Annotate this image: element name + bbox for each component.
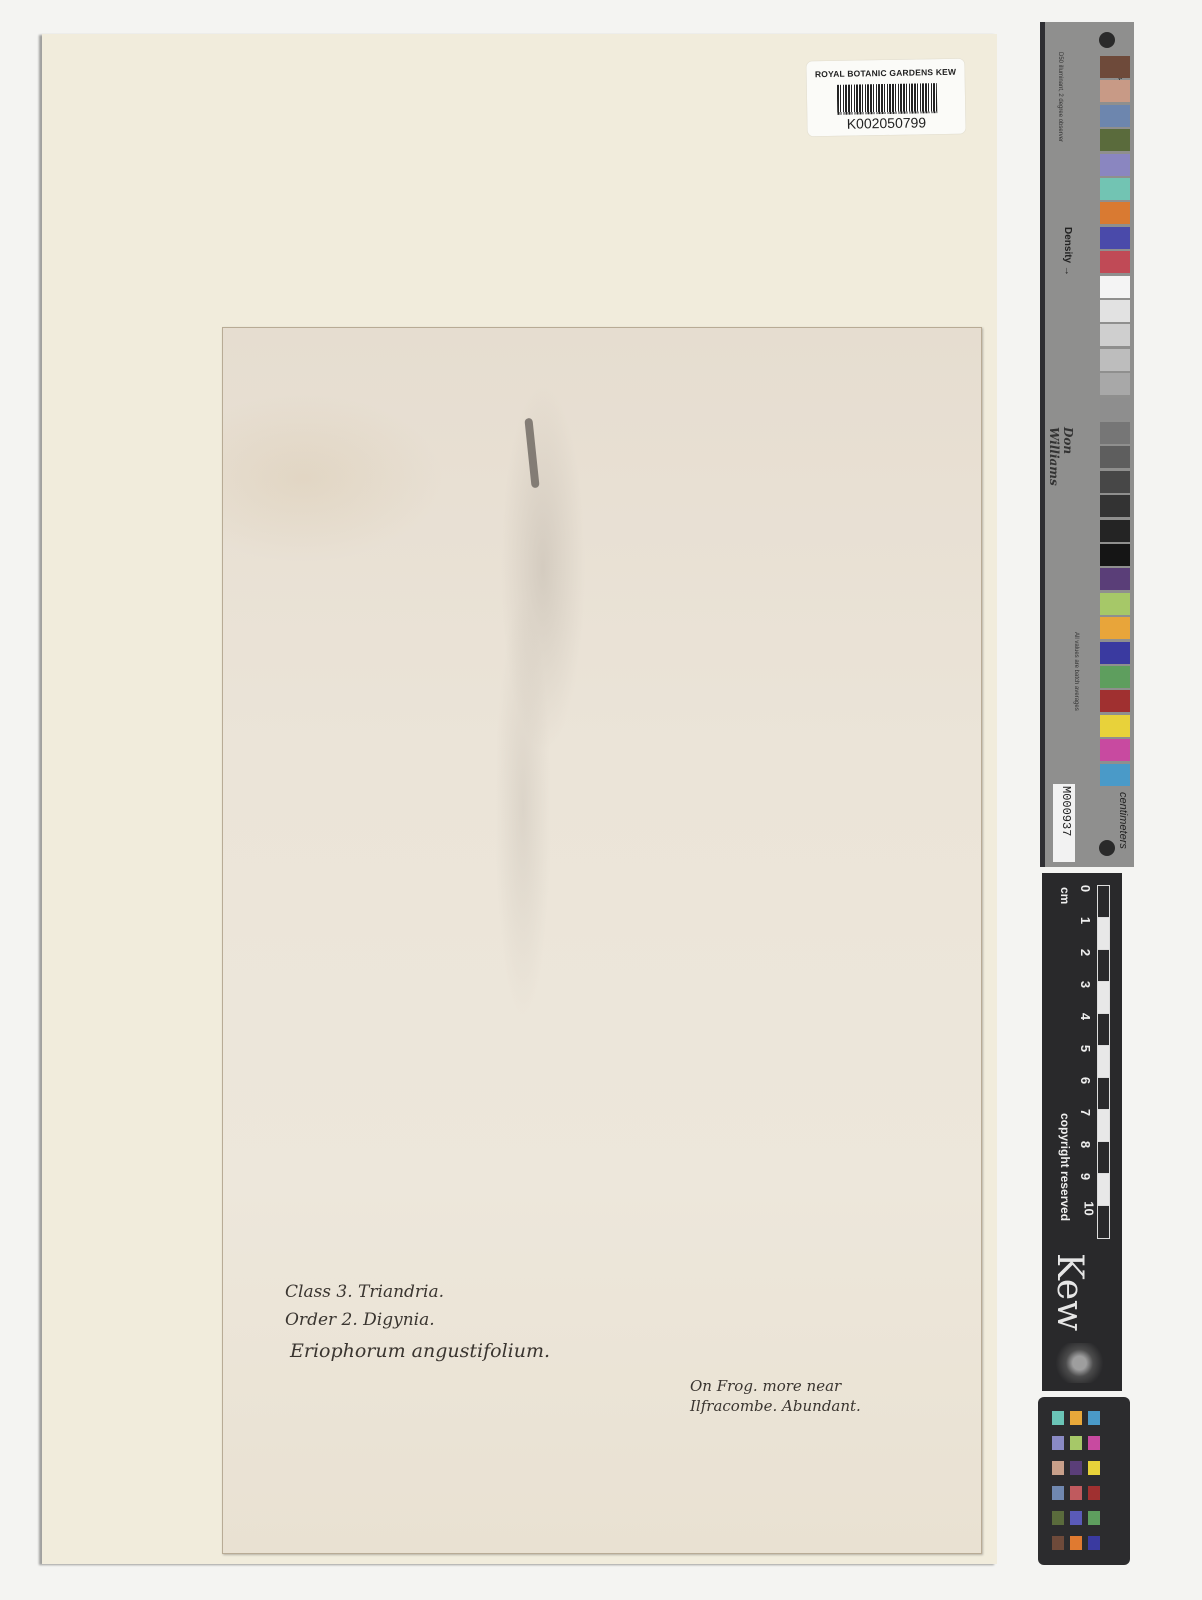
color-patch xyxy=(1100,373,1130,395)
species-name: Eriophorum angustifolium. xyxy=(290,1340,550,1362)
color-patch xyxy=(1100,446,1130,468)
color-patch xyxy=(1100,398,1130,420)
cm-scale-segment xyxy=(1097,885,1110,919)
cm-tick-label: 5 xyxy=(1078,1045,1093,1052)
copyright-text: copyright reserved xyxy=(1058,1113,1072,1221)
checker-patch xyxy=(1052,1436,1064,1450)
checker-patch xyxy=(1070,1461,1082,1475)
color-patch xyxy=(1100,544,1130,566)
color-patch xyxy=(1100,154,1130,176)
cm-tick-label: 10 xyxy=(1082,1201,1097,1215)
cm-tick-label: 1 xyxy=(1078,917,1093,924)
cm-tick-label: 6 xyxy=(1078,1077,1093,1084)
order-annotation: Order 2. Digynia. xyxy=(285,1310,435,1330)
illuminant-note: D50 illuminant, 2 degree observer xyxy=(1057,52,1063,142)
averages-note: All values are batch averages xyxy=(1073,632,1079,711)
color-patch xyxy=(1100,495,1130,517)
locality-line-2: Ilfracombe. Abundant. xyxy=(690,1397,861,1415)
cm-scale-segment xyxy=(1097,1141,1110,1175)
checker-patch xyxy=(1070,1511,1082,1525)
checker-patch xyxy=(1052,1461,1064,1475)
color-patch xyxy=(1100,227,1130,249)
checker-patch xyxy=(1052,1536,1064,1550)
color-patch xyxy=(1100,129,1130,151)
density-label: Density → xyxy=(1062,227,1073,276)
institution-name: ROYAL BOTANIC GARDENS KEW xyxy=(806,67,964,80)
color-patch xyxy=(1100,105,1130,127)
checker-patch xyxy=(1052,1411,1064,1425)
color-patch xyxy=(1100,202,1130,224)
color-patch xyxy=(1100,739,1130,761)
cm-scale-segment xyxy=(1097,1045,1110,1079)
checker-patch xyxy=(1088,1436,1100,1450)
color-patch xyxy=(1100,324,1130,346)
kew-crest-icon xyxy=(1052,1343,1107,1383)
color-patch xyxy=(1100,690,1130,712)
color-reference-ruler: inches centimeters D50 illuminant, 2 deg… xyxy=(1040,22,1134,867)
cm-tick-label: 7 xyxy=(1078,1109,1093,1116)
color-patch xyxy=(1100,593,1130,615)
checker-patch xyxy=(1088,1486,1100,1500)
ruler-hole-bottom xyxy=(1099,840,1115,856)
cm-tick-label: 8 xyxy=(1078,1141,1093,1148)
cm-scale-segment xyxy=(1097,981,1110,1015)
specimen-paper xyxy=(222,327,982,1554)
color-patch xyxy=(1100,568,1130,590)
cm-tick-label: 4 xyxy=(1078,1013,1093,1020)
cm-scale-segment xyxy=(1097,917,1110,951)
locality-line-1: On Frog. more near xyxy=(690,1377,841,1395)
cm-tick-label: 3 xyxy=(1078,981,1093,988)
color-patch xyxy=(1100,178,1130,200)
checker-patch xyxy=(1070,1486,1082,1500)
checker-patch xyxy=(1052,1511,1064,1525)
color-patch xyxy=(1100,520,1130,542)
kew-logo: Kew xyxy=(1049,1253,1090,1331)
checker-patch xyxy=(1088,1536,1100,1550)
ruler-brand: Don Williams xyxy=(1047,427,1075,486)
color-patch xyxy=(1100,666,1130,688)
cm-scale-segment xyxy=(1097,1077,1110,1111)
serial-number: M000937 xyxy=(1059,786,1073,836)
cm-scale-segment xyxy=(1097,1109,1110,1143)
color-patch xyxy=(1100,276,1130,298)
ruler-hole-top xyxy=(1099,32,1115,48)
color-patch xyxy=(1100,715,1130,737)
color-patch xyxy=(1100,471,1130,493)
cm-tick-label: 2 xyxy=(1078,949,1093,956)
cm-tick-label: 0 xyxy=(1078,885,1093,892)
barcode-icon xyxy=(837,83,938,115)
color-patch xyxy=(1100,80,1130,102)
color-patch xyxy=(1100,349,1130,371)
barcode-label: ROYAL BOTANIC GARDENS KEW K002050799 xyxy=(806,59,965,137)
checker-patch xyxy=(1088,1461,1100,1475)
color-patch xyxy=(1100,617,1130,639)
checker-patch xyxy=(1052,1486,1064,1500)
centimeters-label: centimeters xyxy=(1117,792,1129,849)
cm-unit-label: cm xyxy=(1058,887,1072,904)
color-patch xyxy=(1100,56,1130,78)
checker-patch xyxy=(1088,1511,1100,1525)
checker-patch xyxy=(1070,1411,1082,1425)
checker-patch xyxy=(1088,1411,1100,1425)
class-annotation: Class 3. Triandria. xyxy=(285,1282,444,1302)
specimen-impression xyxy=(223,328,981,1553)
color-patch xyxy=(1100,251,1130,273)
serial-label: M000937 xyxy=(1053,784,1075,862)
cm-scale-segment xyxy=(1097,1013,1110,1047)
cm-scale-segment xyxy=(1097,1173,1110,1207)
cm-scale-bar: cm 012345678910 copyright reserved Kew xyxy=(1042,873,1122,1391)
barcode-number: K002050799 xyxy=(807,114,965,133)
checker-patch xyxy=(1070,1436,1082,1450)
color-checker-card xyxy=(1038,1397,1130,1565)
color-patch xyxy=(1100,300,1130,322)
checker-patch xyxy=(1070,1536,1082,1550)
color-patch xyxy=(1100,642,1130,664)
color-patch xyxy=(1100,764,1130,786)
cm-scale-segment xyxy=(1097,949,1110,983)
cm-tick-label: 9 xyxy=(1078,1173,1093,1180)
cm-scale-segment xyxy=(1097,1205,1110,1239)
color-patch xyxy=(1100,422,1130,444)
